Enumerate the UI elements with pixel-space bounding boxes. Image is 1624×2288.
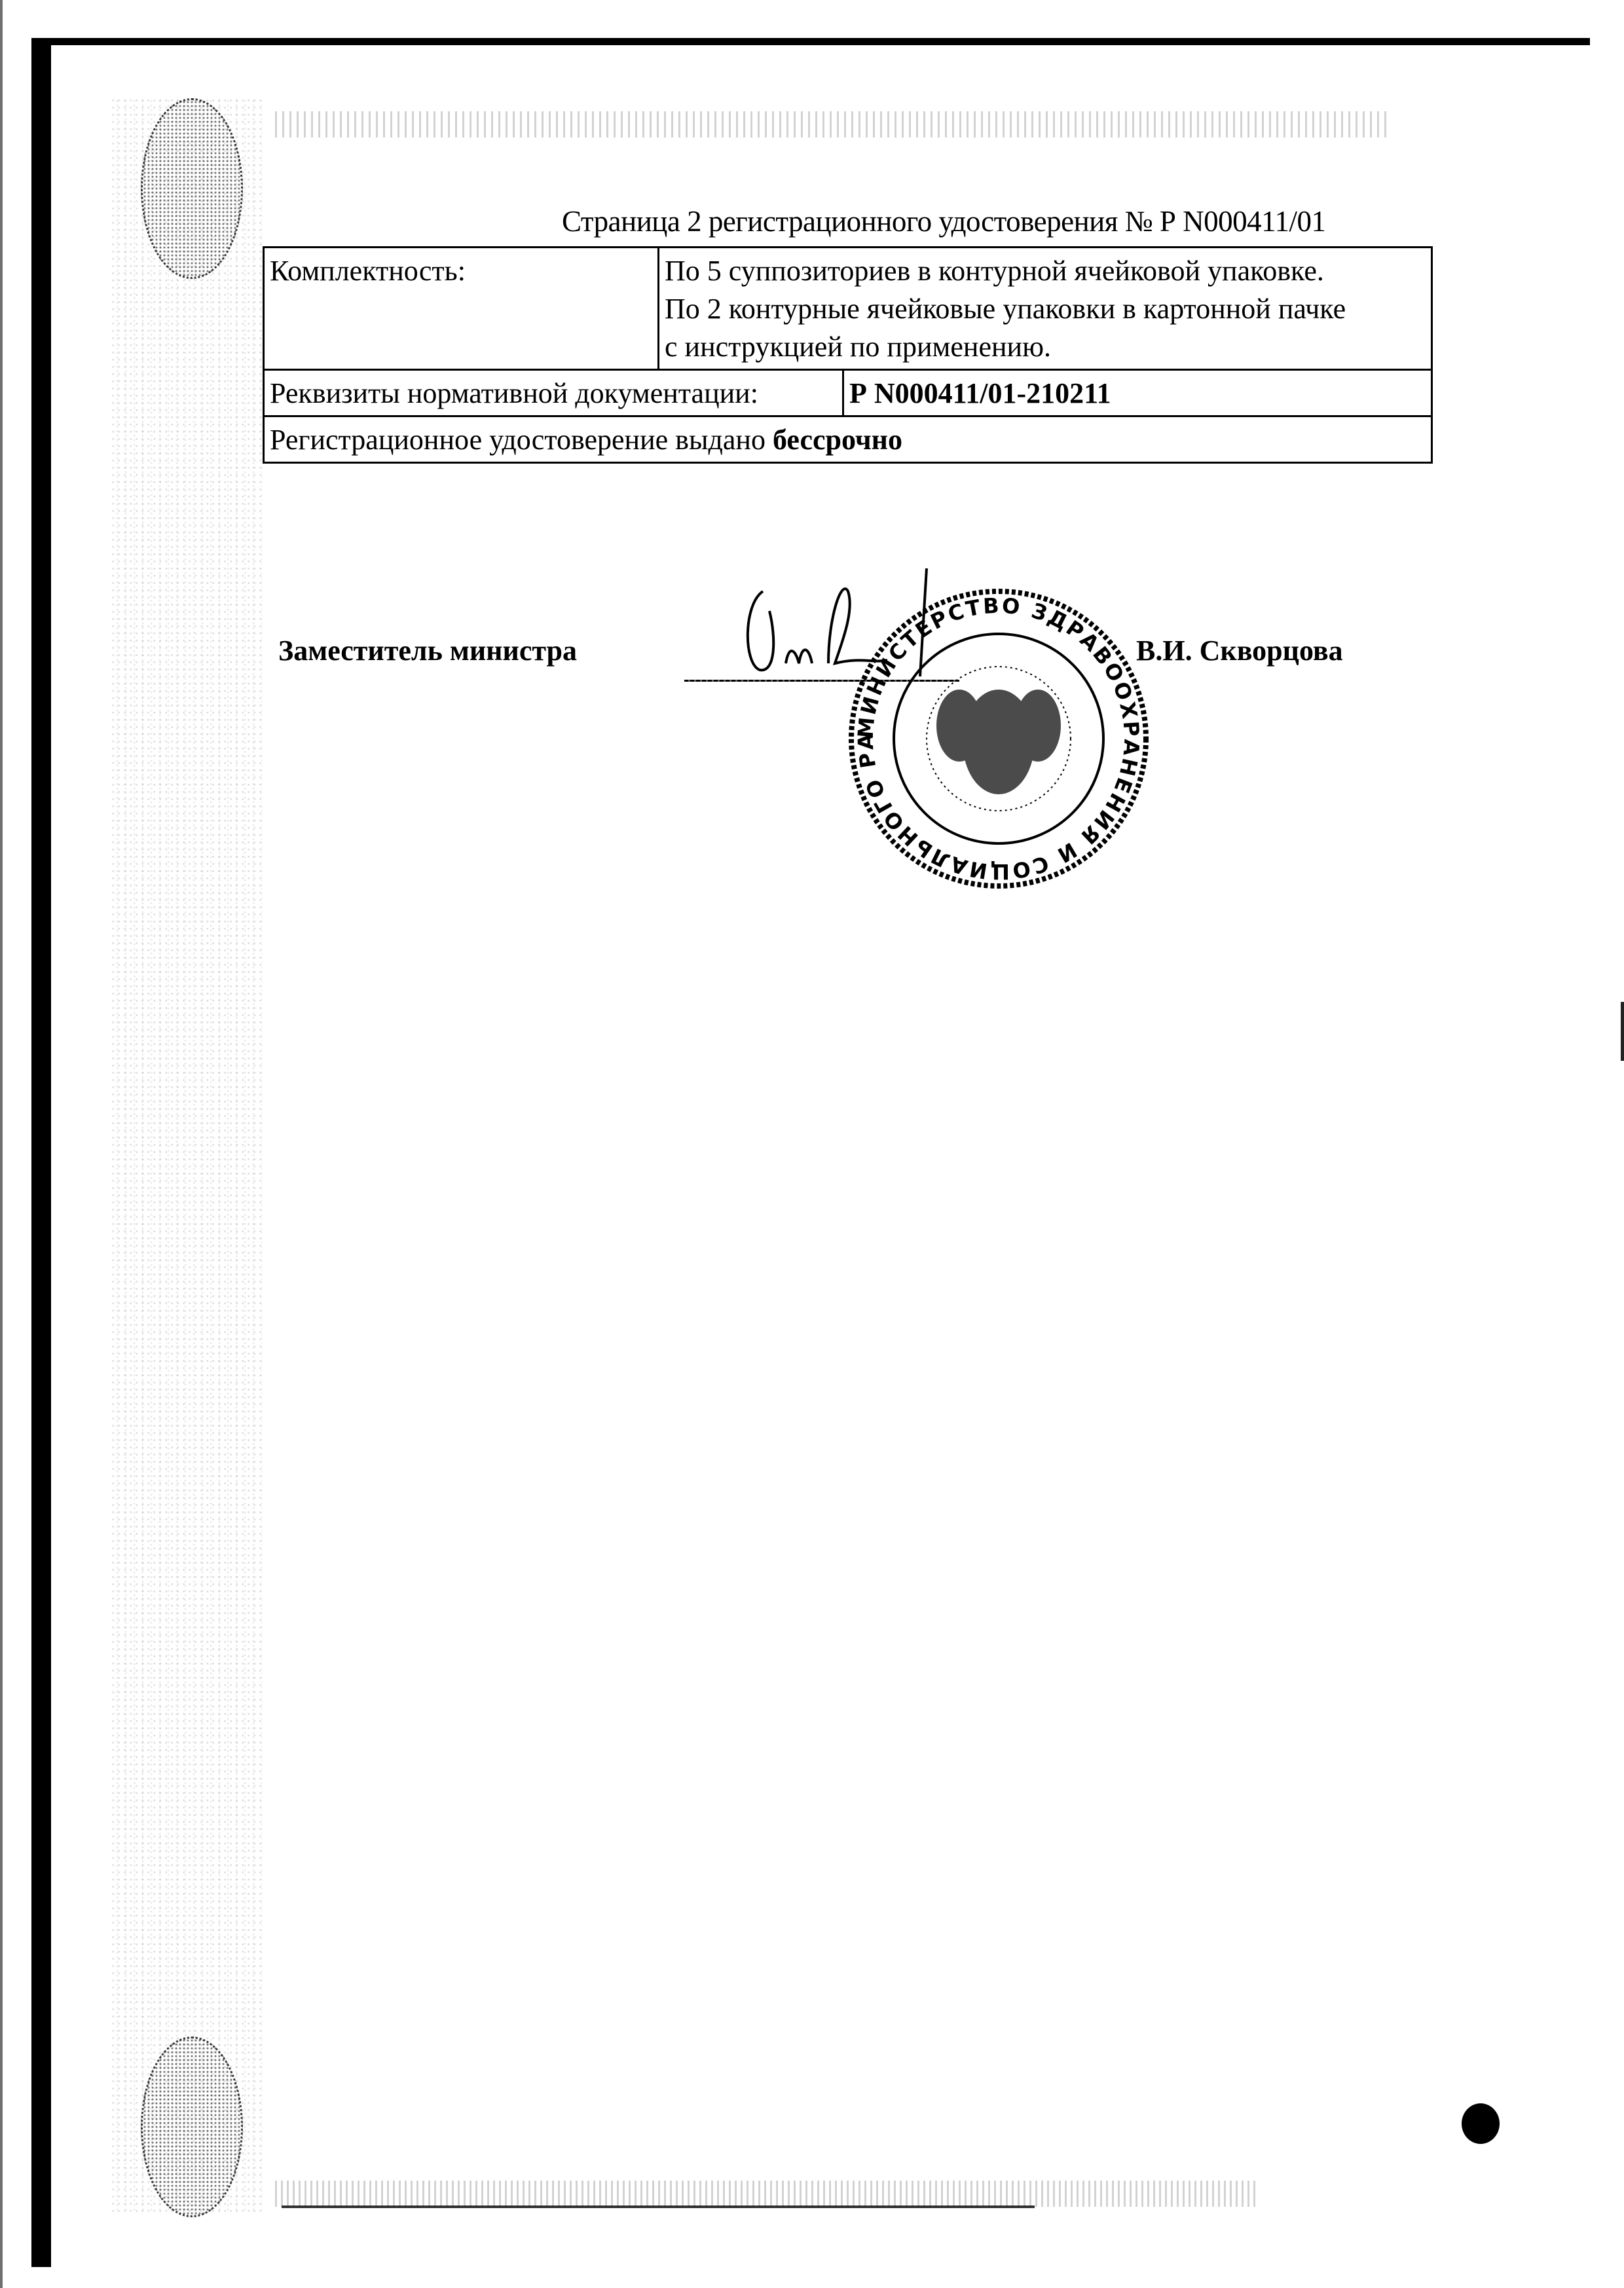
validity-text: Регистрационное удостоверение выдано xyxy=(270,424,773,456)
official-seal-icon: МИНИСТЕРСТВО ЗДРАВООХРАНЕНИЯ И СОЦИАЛЬНО… xyxy=(845,585,1153,893)
completeness-label: Комплектность: xyxy=(264,248,659,370)
scan-edge-right xyxy=(1621,1002,1624,1061)
completeness-line: По 2 контурные ячейковые упаковки в карт… xyxy=(665,290,1427,328)
signer-title: Заместитель министра xyxy=(278,634,577,667)
punch-hole-mark xyxy=(1462,2103,1500,2144)
page-header: Страница 2 регистрационного удостоверени… xyxy=(562,204,1426,238)
scan-frame-left xyxy=(31,41,51,2267)
normative-docs-label: Реквизиты нормативной документации: xyxy=(265,371,843,415)
validity-term: бессрочно xyxy=(773,424,902,456)
certificate-details-table: Комплектность: По 5 суппозиториев в конт… xyxy=(263,246,1433,464)
completeness-value: По 5 суппозиториев в контурной ячейковой… xyxy=(659,248,1432,370)
scan-frame-top xyxy=(31,38,1590,45)
table-row-validity: Регистрационное удостоверение выдано бес… xyxy=(264,416,1432,463)
security-pattern-top xyxy=(275,111,1388,138)
security-ornament-band xyxy=(111,98,262,2213)
rosette-ornament-icon xyxy=(141,2037,243,2217)
completeness-line: с инструкцией по применению. xyxy=(665,328,1427,366)
completeness-line: По 5 суппозиториев в контурной ячейковой… xyxy=(665,252,1427,290)
signer-name: В.И. Скворцова xyxy=(1136,634,1343,667)
scan-edge xyxy=(0,0,3,2288)
security-pattern-bottom xyxy=(275,2181,1257,2207)
table-row-normative-docs: Реквизиты нормативной документации: Р N0… xyxy=(264,370,1432,416)
validity-cell: Регистрационное удостоверение выдано бес… xyxy=(264,416,1432,463)
rosette-ornament-icon xyxy=(141,98,243,279)
bottom-rule xyxy=(282,2205,1035,2208)
normative-docs-value: Р N000411/01-210211 xyxy=(843,371,1431,415)
table-row-completeness: Комплектность: По 5 суппозиториев в конт… xyxy=(264,248,1432,370)
signature-block: Заместитель министра МИНИСТЕРСТВО ЗДРАВО… xyxy=(278,634,1392,896)
